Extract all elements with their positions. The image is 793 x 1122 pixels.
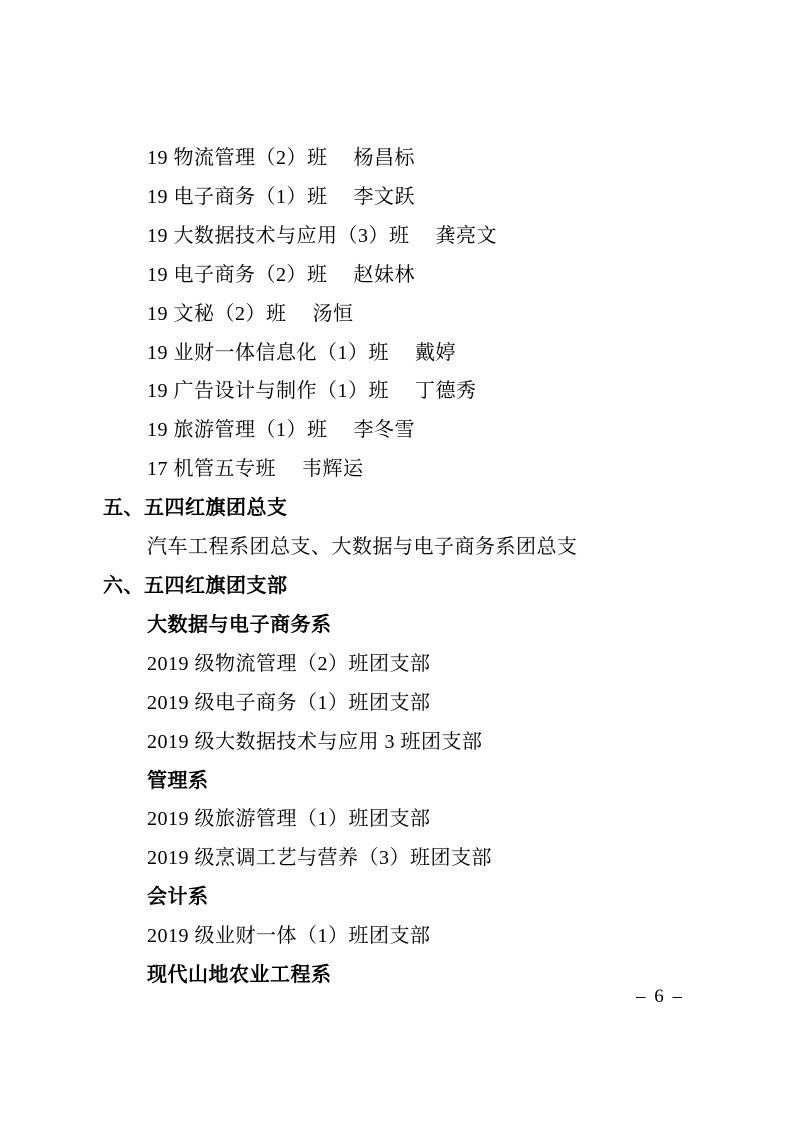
- honor-list-item: 19 广告设计与制作（1）班 丁德秀: [0, 372, 793, 411]
- department-heading: 管理系: [0, 762, 793, 801]
- document-content: 19 物流管理（2）班 杨昌标 19 电子商务（1）班 李文跃 19 大数据技术…: [0, 139, 793, 995]
- branch-item: 2019 级烹调工艺与营养（3）班团支部: [0, 839, 793, 878]
- branch-item: 2019 级物流管理（2）班团支部: [0, 645, 793, 684]
- honor-list-item: 17 机管五专班 韦辉运: [0, 450, 793, 489]
- branch-item: 2019 级电子商务（1）班团支部: [0, 684, 793, 723]
- page-number: – 6 –: [636, 986, 684, 1008]
- document-page: 19 物流管理（2）班 杨昌标 19 电子商务（1）班 李文跃 19 大数据技术…: [0, 0, 793, 1122]
- honor-list-item: 19 电子商务（1）班 李文跃: [0, 178, 793, 217]
- honor-list-item: 19 旅游管理（1）班 李冬雪: [0, 411, 793, 450]
- honor-list-item: 19 大数据技术与应用（3）班 龚亮文: [0, 217, 793, 256]
- section-heading-six: 六、五四红旗团支部: [0, 567, 793, 606]
- branch-item: 2019 级业财一体（1）班团支部: [0, 917, 793, 956]
- honor-list-item: 19 电子商务（2）班 赵妹林: [0, 256, 793, 295]
- department-heading: 会计系: [0, 878, 793, 917]
- department-heading: 大数据与电子商务系: [0, 606, 793, 645]
- branch-item: 2019 级旅游管理（1）班团支部: [0, 800, 793, 839]
- honor-list-item: 19 业财一体信息化（1）班 戴婷: [0, 334, 793, 373]
- honor-list-item: 19 物流管理（2）班 杨昌标: [0, 139, 793, 178]
- section-heading-five: 五、五四红旗团总支: [0, 489, 793, 528]
- section-five-body: 汽车工程系团总支、大数据与电子商务系团总支: [0, 528, 793, 567]
- honor-list-item: 19 文秘（2）班 汤恒: [0, 295, 793, 334]
- branch-item: 2019 级大数据技术与应用 3 班团支部: [0, 723, 793, 762]
